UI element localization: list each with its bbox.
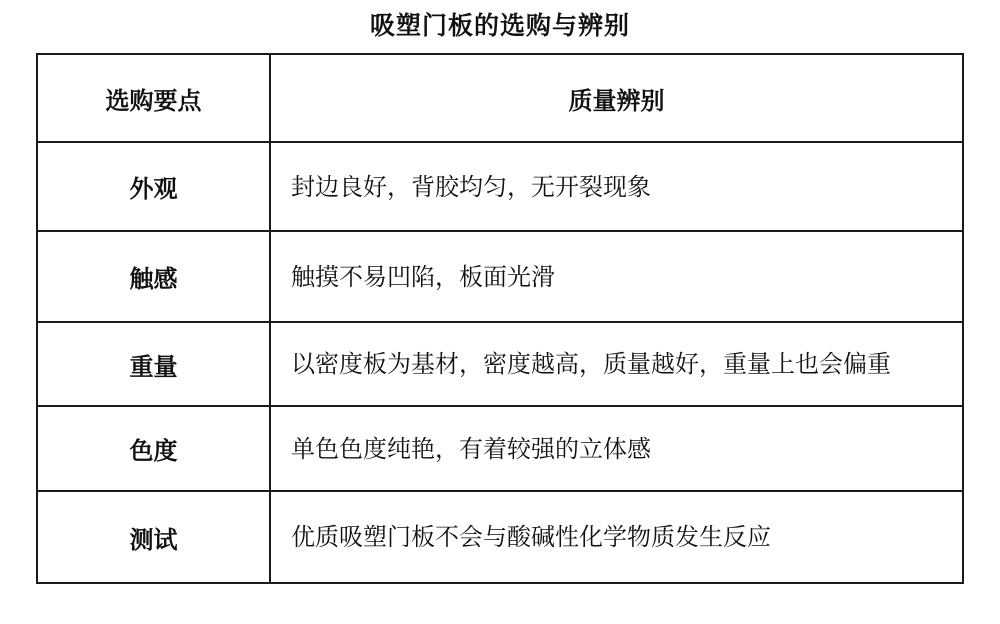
row-quality: 单色色度纯艳，有着较强的立体感 (270, 406, 963, 491)
row-quality: 封边良好，背胶均匀，无开裂现象 (270, 142, 963, 231)
row-point: 外观 (37, 142, 270, 231)
row-point: 触感 (37, 231, 270, 322)
row-quality: 以密度板为基材，密度越高，质量越好，重量上也会偏重 (270, 322, 963, 406)
table-header-row: 选购要点 质量辨别 (37, 54, 963, 142)
row-quality: 优质吸塑门板不会与酸碱性化学物质发生反应 (270, 491, 963, 583)
row-quality: 触摸不易凹陷，板面光滑 (270, 231, 963, 322)
table-row: 重量 以密度板为基材，密度越高，质量越好，重量上也会偏重 (37, 322, 963, 406)
selection-table: 选购要点 质量辨别 外观 封边良好，背胶均匀，无开裂现象 触感 触摸不易凹陷，板… (36, 53, 964, 584)
row-point: 色度 (37, 406, 270, 491)
table-row: 测试 优质吸塑门板不会与酸碱性化学物质发生反应 (37, 491, 963, 583)
row-point: 重量 (37, 322, 270, 406)
header-selection-point: 选购要点 (37, 54, 270, 142)
header-quality-identification: 质量辨别 (270, 54, 963, 142)
page-title: 吸塑门板的选购与辨别 (0, 6, 1000, 42)
table-row: 外观 封边良好，背胶均匀，无开裂现象 (37, 142, 963, 231)
table-row: 色度 单色色度纯艳，有着较强的立体感 (37, 406, 963, 491)
row-point: 测试 (37, 491, 270, 583)
table-row: 触感 触摸不易凹陷，板面光滑 (37, 231, 963, 322)
